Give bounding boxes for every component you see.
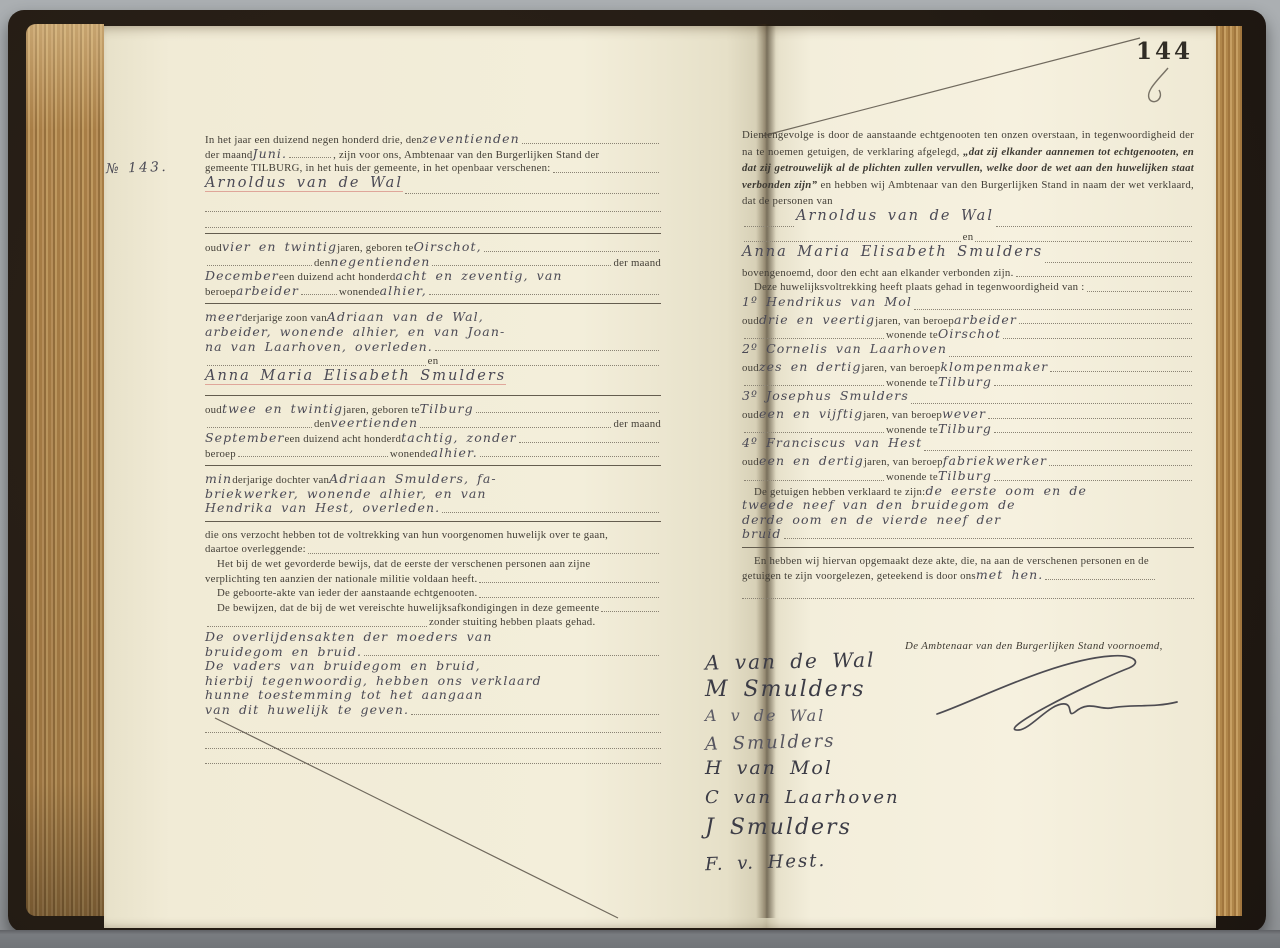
dotted-leader	[207, 427, 312, 428]
dotted-leader	[479, 597, 659, 598]
text-line: De geboorte-akte van ieder der aanstaand…	[205, 586, 661, 601]
blank-ruled-line	[205, 718, 661, 734]
handwritten-text: acht en zeventig, van	[395, 269, 562, 284]
handwritten-text: Tilburg	[938, 422, 992, 437]
text-line: oud vier en twintig jaren, geboren te Oi…	[205, 240, 661, 255]
text-line: oud twee en twintig jaren, geboren te Ti…	[205, 402, 661, 417]
text-line: Dientengevolge is door de aanstaande ech…	[742, 126, 1194, 209]
printed-text: die ons verzocht hebben tot de voltrekki…	[205, 528, 608, 543]
printed-text: daartoe overleggende:	[205, 542, 306, 557]
dotted-leader	[308, 553, 659, 554]
handwritten-text: De vaders van bruidegom en bruid,	[205, 659, 481, 674]
text-line: De vaders van bruidegom en bruid,	[205, 659, 661, 674]
handwritten-text: van dit huwelijk te geven.	[205, 703, 409, 718]
text-line: beroep wonende alhier.	[205, 446, 661, 461]
dotted-leader	[994, 432, 1192, 433]
page-fore-edge-right	[1216, 26, 1242, 916]
divider-rule	[205, 228, 661, 234]
text-line: In het jaar een duizend negen honderd dr…	[205, 132, 661, 147]
table-surface	[0, 930, 1280, 948]
handwritten-text: Tilburg	[938, 375, 992, 390]
dotted-leader	[301, 294, 337, 295]
printed-text: Het bij de wet gevorderde bewijs, dat de…	[217, 557, 590, 572]
dotted-leader	[744, 480, 884, 481]
text-line: oud een en dertig jaren, van beroep fabr…	[742, 454, 1194, 469]
blank-ruled-line	[205, 197, 661, 213]
handwritten-text: September	[205, 431, 285, 446]
dotted-leader	[1049, 465, 1192, 466]
text-line: September een duizend acht honderd tacht…	[205, 431, 661, 446]
signature: H van Mol	[705, 754, 1005, 783]
handwritten-text: 3º Josephus Smulders	[742, 389, 909, 404]
printed-text: bovengenoemd, door den echt aan elkander…	[742, 266, 1014, 281]
handwritten-text: December	[205, 269, 279, 284]
text-line: arbeider, wonende alhier, en van Joan-	[205, 325, 661, 340]
divider-rule	[205, 390, 661, 396]
printed-text: en	[963, 230, 974, 245]
handwritten-text: Anna Maria Elisabeth Smulders	[205, 369, 506, 386]
text-line: bovengenoemd, door den echt aan elkander…	[742, 266, 1194, 281]
text-line: oud een en vijftig jaren, van beroep wev…	[742, 407, 1194, 422]
dotted-leader	[476, 412, 659, 413]
printed-text: oud	[205, 403, 222, 418]
signature: M Smulders	[705, 675, 1005, 704]
handwritten-text: arbeider, wonende alhier, en van Joan-	[205, 325, 505, 340]
divider-rule	[205, 298, 661, 304]
printed-text: der maand	[613, 256, 661, 271]
dotted-leader	[440, 365, 659, 366]
handwritten-text: een en dertig	[759, 454, 864, 469]
text-line: bruidegom en bruid.	[205, 645, 661, 660]
text-line: De overlijdensakten der moeders van	[205, 630, 661, 645]
handwritten-text: drie en veertig	[759, 313, 875, 328]
text-line: gemeente TILBURG, in het huis der gemeen…	[205, 161, 661, 176]
text-line: wonende te Tilburg	[742, 469, 1194, 484]
text-line: Anna Maria Elisabeth Smulders	[205, 369, 661, 390]
dotted-leader	[522, 143, 659, 144]
handwritten-text: Juni.	[253, 147, 288, 162]
printed-text: den	[314, 256, 330, 271]
text-line: December een duizend acht honderd acht e…	[205, 269, 661, 284]
text-line: den veertienden der maand	[205, 416, 661, 431]
printed-text: jaren, van beroep	[863, 408, 942, 423]
dotted-leader	[364, 655, 659, 656]
handwritten-text: Arnoldus van de Wal	[205, 176, 403, 193]
page-fore-edge-left	[26, 24, 104, 916]
handwritten-text: Adriaan van de Wal,	[327, 310, 484, 325]
text-line: tweede neef van den bruidegom de	[742, 498, 1194, 513]
dotted-leader	[744, 241, 961, 242]
text-line: der maand Juni., zijn voor ons, Ambtenaa…	[205, 147, 661, 162]
handwritten-text: Oirschot	[938, 327, 1001, 342]
printed-text: En hebben wij hiervan opgemaakt deze akt…	[754, 554, 1149, 569]
dotted-leader	[420, 427, 611, 428]
dotted-leader	[429, 294, 659, 295]
text-line: hunne toestemming tot het aangaan	[205, 688, 661, 703]
handwritten-text: Adriaan Smulders, fa-	[329, 472, 497, 487]
text-line: minderjarige dochter van Adriaan Smulder…	[205, 472, 661, 487]
printed-text: oud	[742, 408, 759, 423]
dotted-leader	[1019, 323, 1192, 324]
handwritten-text: met hen.	[976, 568, 1044, 583]
dotted-leader	[411, 714, 659, 715]
handwritten-text: klompenmaker	[940, 360, 1048, 375]
handwritten-text: twee en twintig	[222, 402, 343, 417]
handwritten-text: Tilburg	[938, 469, 992, 484]
printed-text: jaren, van beroep	[861, 361, 940, 376]
dotted-leader	[405, 193, 659, 194]
divider-rule	[742, 542, 1194, 548]
text-line: na van Laarhoven, overleden.	[205, 340, 661, 355]
signature: A Smulders	[705, 724, 1006, 758]
handwritten-text: zeventienden	[422, 132, 520, 147]
printed-text: wonende	[339, 285, 380, 300]
handwritten-text: wever	[942, 407, 986, 422]
text-line: en	[742, 230, 1194, 245]
printed-text: zonder stuiting hebben plaats gehad.	[429, 615, 595, 630]
text-line: beroep arbeider wonende alhier,	[205, 284, 661, 299]
handwritten-text: derde oom en de vierde neef der	[742, 513, 1001, 528]
text-line: wonende te Tilburg	[742, 422, 1194, 437]
blank-ruled-line	[205, 749, 661, 765]
dotted-leader	[601, 611, 659, 612]
text-line: briekwerker, wonende alhier, en van	[205, 487, 661, 502]
dotted-leader	[442, 512, 659, 513]
text-line: 4º Franciscus van Hest	[742, 436, 1194, 454]
dotted-leader	[744, 338, 884, 339]
text-line: verplichting ten aanzien der nationale m…	[205, 572, 661, 587]
dotted-leader	[432, 265, 611, 266]
dotted-leader	[1050, 371, 1192, 372]
handwritten-text: min	[205, 472, 232, 487]
printed-text: een duizend acht honderd	[285, 432, 402, 447]
blank-ruled-line	[742, 583, 1194, 599]
handwritten-text: arbeider	[954, 313, 1017, 328]
dotted-leader	[975, 241, 1192, 242]
handwritten-text: Anna Maria Elisabeth Smulders	[742, 245, 1043, 260]
text-line: bruid	[742, 527, 1194, 542]
printed-text: In het jaar een duizend negen honderd dr…	[205, 133, 422, 148]
text-line: wonende te Oirschot	[742, 327, 1194, 342]
printed-text: Deze huwelijksvoltrekking heeft plaats g…	[754, 280, 1085, 295]
handwritten-text: na van Laarhoven, overleden.	[205, 340, 433, 355]
dotted-leader	[988, 418, 1192, 419]
handwritten-text: fabriekwerker	[943, 454, 1047, 469]
printed-text: jaren, van beroep	[864, 455, 943, 470]
printed-text: den	[314, 417, 330, 432]
handwritten-text: een en vijftig	[759, 407, 863, 422]
printed-text: gemeente TILBURG, in het huis der gemeen…	[205, 161, 551, 176]
handwritten-text: de eerste oom en de	[925, 484, 1087, 499]
signature: J Smulders	[705, 812, 1005, 844]
handwritten-text: veertienden	[330, 416, 418, 431]
dotted-leader	[1087, 291, 1192, 292]
dotted-leader	[207, 265, 312, 266]
printed-text: oud	[742, 314, 759, 329]
handwritten-text: 1º Hendrikus van Mol	[742, 295, 912, 310]
handwritten-text: tachtig, zonder	[401, 431, 517, 446]
handwritten-text: 2º Cornelis van Laarhoven	[742, 342, 947, 357]
text-line: 3º Josephus Smulders	[742, 389, 1194, 407]
printed-text: oud	[742, 455, 759, 470]
handwritten-text: 4º Franciscus van Hest	[742, 436, 922, 451]
text-line: Anna Maria Elisabeth Smulders	[742, 245, 1194, 266]
handwritten-text: alhier.	[431, 446, 478, 461]
printed-text: De bewijzen, dat de bij de wet vereischt…	[217, 601, 599, 616]
dotted-leader	[519, 442, 659, 443]
dotted-leader	[553, 172, 659, 173]
text-line: Het bij de wet gevorderde bewijs, dat de…	[205, 557, 661, 572]
dotted-leader	[1016, 276, 1192, 277]
text-line: en	[205, 354, 661, 369]
printed-text: De geboorte-akte van ieder der aanstaand…	[217, 586, 477, 601]
register-book: № 143. 144 In het jaar een duizend negen…	[8, 10, 1266, 932]
handwritten-text: arbeider	[236, 284, 299, 299]
text-line: De bewijzen, dat de bij de wet vereischt…	[205, 601, 661, 616]
dotted-leader	[911, 403, 1192, 404]
dotted-leader	[238, 456, 388, 457]
divider-rule	[205, 460, 661, 466]
text-line: Deze huwelijksvoltrekking heeft plaats g…	[742, 280, 1194, 295]
printed-text: wonende	[390, 447, 431, 462]
text-line: oud zes en dertig jaren, van beroep klom…	[742, 360, 1194, 375]
dotted-leader	[996, 226, 1192, 227]
dotted-leader	[289, 157, 331, 158]
text-line: De getuigen hebben verklaard te zijn: de…	[742, 484, 1194, 499]
handwritten-text: hierbij tegenwoordig, hebben ons verklaa…	[205, 674, 542, 689]
handwritten-text: Hendrika van Hest, overleden.	[205, 501, 440, 516]
dotted-leader	[784, 538, 1192, 539]
text-line: den negentienden der maand	[205, 255, 661, 270]
text-line: 1º Hendrikus van Mol	[742, 295, 1194, 313]
dotted-leader	[480, 456, 659, 457]
printed-text: getuigen te zijn voorgelezen, geteekend …	[742, 569, 976, 584]
handwritten-text: Oirschot,	[414, 240, 482, 255]
signature: C van Laarhoven	[705, 783, 1005, 812]
dotted-leader	[744, 432, 884, 433]
signature: F. v. Hest.	[705, 839, 1006, 881]
scanned-register-photo: { "book": { "page_number": "144", "recor…	[0, 0, 1280, 948]
dotted-leader	[744, 385, 884, 386]
printed-text: oud	[742, 361, 759, 376]
handwritten-text: bruidegom en bruid.	[205, 645, 362, 660]
text-line: derde oom en de vierde neef der	[742, 513, 1194, 528]
handwritten-text: meer	[205, 310, 242, 325]
handwritten-text: De overlijdensakten der moeders van	[205, 630, 493, 645]
dotted-leader	[1003, 338, 1192, 339]
dotted-leader	[1045, 579, 1155, 580]
text-line: daartoe overleggende:	[205, 542, 661, 557]
right-page-text: Dientengevolge is door de aanstaande ech…	[742, 126, 1194, 599]
handwritten-text: Tilburg	[420, 402, 474, 417]
handwritten-text: briekwerker, wonende alhier, en van	[205, 487, 487, 502]
dotted-leader	[994, 480, 1192, 481]
handwritten-text: Arnoldus van de Wal	[796, 209, 994, 224]
handwritten-text: bruid	[742, 527, 782, 542]
dotted-leader	[207, 626, 427, 627]
text-line: van dit huwelijk te geven.	[205, 703, 661, 718]
handwritten-text: zes en dertig	[759, 360, 862, 375]
left-page-text: In het jaar een duizend negen honderd dr…	[205, 132, 661, 764]
printed-text: der maand	[205, 148, 253, 163]
text-line: hierbij tegenwoordig, hebben ons verklaa…	[205, 674, 661, 689]
blank-ruled-line	[205, 733, 661, 749]
record-number: № 143.	[106, 159, 169, 177]
handwritten-text: tweede neef van den bruidegom de	[742, 498, 1016, 513]
dotted-leader	[994, 385, 1192, 386]
dotted-leader	[479, 582, 659, 583]
printed-text: , zijn voor ons, Ambtenaar van den Burge…	[333, 148, 599, 163]
text-line: Arnoldus van de Wal	[742, 209, 1194, 230]
dotted-leader	[207, 365, 426, 366]
text-line: Hendrika van Hest, overleden.	[205, 501, 661, 516]
text-line: En hebben wij hiervan opgemaakt deze akt…	[742, 554, 1194, 569]
text-line: oud drie en veertig jaren, van beroep ar…	[742, 313, 1194, 328]
handwritten-text: alhier,	[380, 284, 427, 299]
printed-text: oud	[205, 241, 222, 256]
dotted-leader	[744, 226, 794, 227]
text-line: meerderjarige zoon van Adriaan van de Wa…	[205, 310, 661, 325]
blank-ruled-line	[205, 212, 661, 228]
handwritten-text: negentienden	[330, 255, 430, 270]
party-signatures: A van de WalM SmuldersA v de WalA Smulde…	[705, 646, 1005, 876]
printed-text: en	[428, 354, 439, 369]
page-number: 144	[1136, 38, 1193, 65]
text-line: zonder stuiting hebben plaats gehad.	[205, 615, 661, 630]
handwritten-text: hunne toestemming tot het aangaan	[205, 688, 483, 703]
text-line: die ons verzocht hebben tot de voltrekki…	[205, 528, 661, 543]
dotted-leader	[435, 350, 659, 351]
printed-text: verplichting ten aanzien der nationale m…	[205, 572, 477, 587]
dotted-leader	[484, 251, 659, 252]
text-line: Arnoldus van de Wal	[205, 176, 661, 197]
printed-text: beroep	[205, 447, 236, 462]
handwritten-text: vier en twintig	[222, 240, 337, 255]
text-line: wonende te Tilburg	[742, 375, 1194, 390]
dotted-leader	[914, 309, 1192, 310]
signature: A van de Wal	[705, 643, 1005, 677]
dotted-leader	[924, 450, 1192, 451]
divider-rule	[205, 516, 661, 522]
printed-text: beroep	[205, 285, 236, 300]
text-line: getuigen te zijn voorgelezen, geteekend …	[742, 568, 1194, 583]
text-line: 2º Cornelis van Laarhoven	[742, 342, 1194, 360]
printed-text: der maand	[613, 417, 661, 432]
dotted-leader	[949, 356, 1192, 357]
dotted-leader	[1045, 262, 1192, 263]
